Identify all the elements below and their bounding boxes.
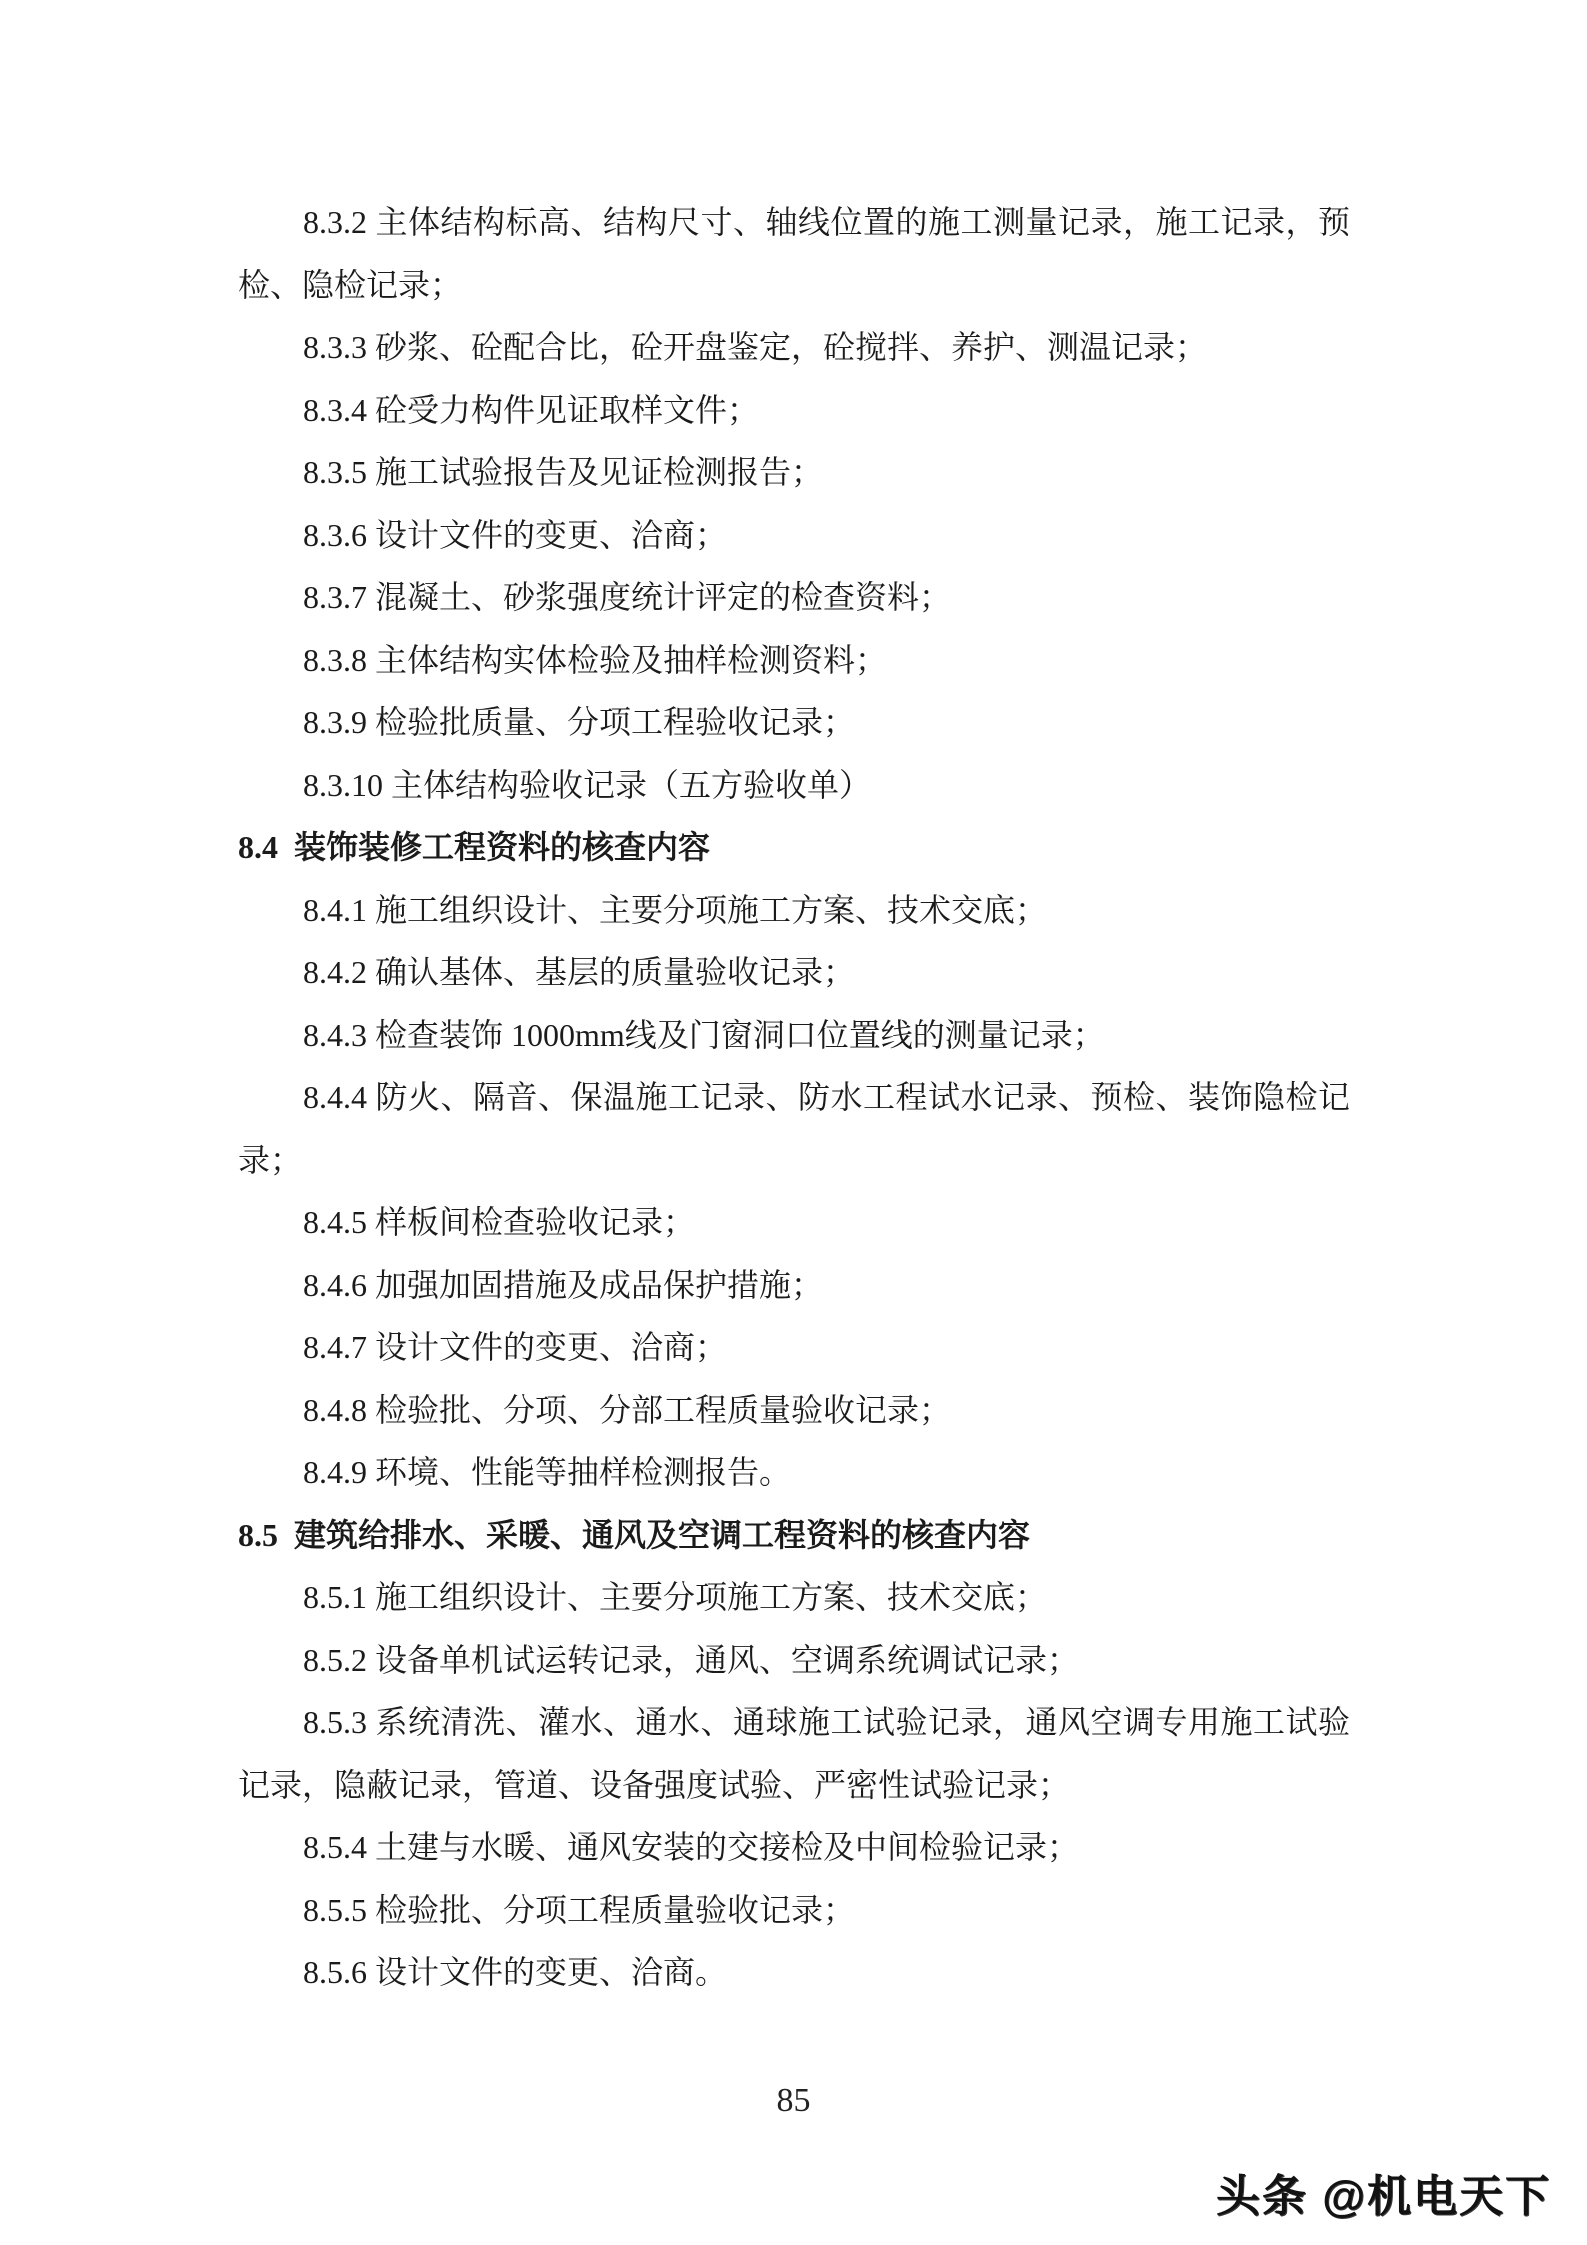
text-line: 8.4.7 设计文件的变更、洽商； <box>238 1316 1350 1379</box>
document-body: 8.3.2 主体结构标高、结构尺寸、轴线位置的施工测量记录，施工记录，预检、隐检… <box>238 191 1350 2004</box>
text-line: 8.3.9 检验批质量、分项工程验收记录； <box>238 691 1350 754</box>
text-line: 8.5.6 设计文件的变更、洽商。 <box>238 1941 1350 2004</box>
text-line: 8.4.9 环境、性能等抽样检测报告。 <box>238 1441 1350 1504</box>
text-line: 8.4.8 检验批、分项、分部工程质量验收记录； <box>238 1379 1350 1442</box>
text-line: 8.5.2 设备单机试运转记录，通风、空调系统调试记录； <box>238 1629 1350 1692</box>
text-line: 8.4.3 检查装饰 1000mm线及门窗洞口位置线的测量记录； <box>238 1004 1350 1067</box>
text-line: 8.4 装饰装修工程资料的核查内容 <box>238 816 1350 879</box>
text-line: 8.3.2 主体结构标高、结构尺寸、轴线位置的施工测量记录，施工记录，预 <box>238 191 1350 254</box>
watermark: 头条 @机电天下 <box>1216 2160 1551 2224</box>
text-line: 8.5.5 检验批、分项工程质量验收记录； <box>238 1879 1350 1942</box>
text-line: 8.4.6 加强加固措施及成品保护措施； <box>238 1254 1350 1317</box>
text-line: 检、隐检记录； <box>238 254 1350 317</box>
text-line: 8.4.1 施工组织设计、主要分项施工方案、技术交底； <box>238 879 1350 942</box>
text-line: 记录，隐蔽记录，管道、设备强度试验、严密性试验记录； <box>238 1754 1350 1817</box>
text-line: 8.3.10 主体结构验收记录（五方验收单） <box>238 754 1350 817</box>
text-line: 8.3.6 设计文件的变更、洽商； <box>238 504 1350 567</box>
text-line: 8.3.4 砼受力构件见证取样文件； <box>238 379 1350 442</box>
page-number: 85 <box>0 2082 1587 2120</box>
text-line: 录； <box>238 1129 1350 1192</box>
text-line: 8.3.7 混凝土、砂浆强度统计评定的检查资料； <box>238 566 1350 629</box>
text-line: 8.5.1 施工组织设计、主要分项施工方案、技术交底； <box>238 1566 1350 1629</box>
text-line: 8.4.2 确认基体、基层的质量验收记录； <box>238 941 1350 1004</box>
text-line: 8.5.4 土建与水暖、通风安装的交接检及中间检验记录； <box>238 1816 1350 1879</box>
text-line: 8.3.8 主体结构实体检验及抽样检测资料； <box>238 629 1350 692</box>
text-line: 8.4.4 防火、隔音、保温施工记录、防水工程试水记录、预检、装饰隐检记 <box>238 1066 1350 1129</box>
text-line: 8.5 建筑给排水、采暖、通风及空调工程资料的核查内容 <box>238 1504 1350 1567</box>
text-line: 8.5.3 系统清洗、灌水、通水、通球施工试验记录，通风空调专用施工试验 <box>238 1691 1350 1754</box>
text-line: 8.4.5 样板间检查验收记录； <box>238 1191 1350 1254</box>
text-line: 8.3.5 施工试验报告及见证检测报告； <box>238 441 1350 504</box>
text-line: 8.3.3 砂浆、砼配合比，砼开盘鉴定，砼搅拌、养护、测温记录； <box>238 316 1350 379</box>
document-page: 8.3.2 主体结构标高、结构尺寸、轴线位置的施工测量记录，施工记录，预检、隐检… <box>0 0 1587 2245</box>
